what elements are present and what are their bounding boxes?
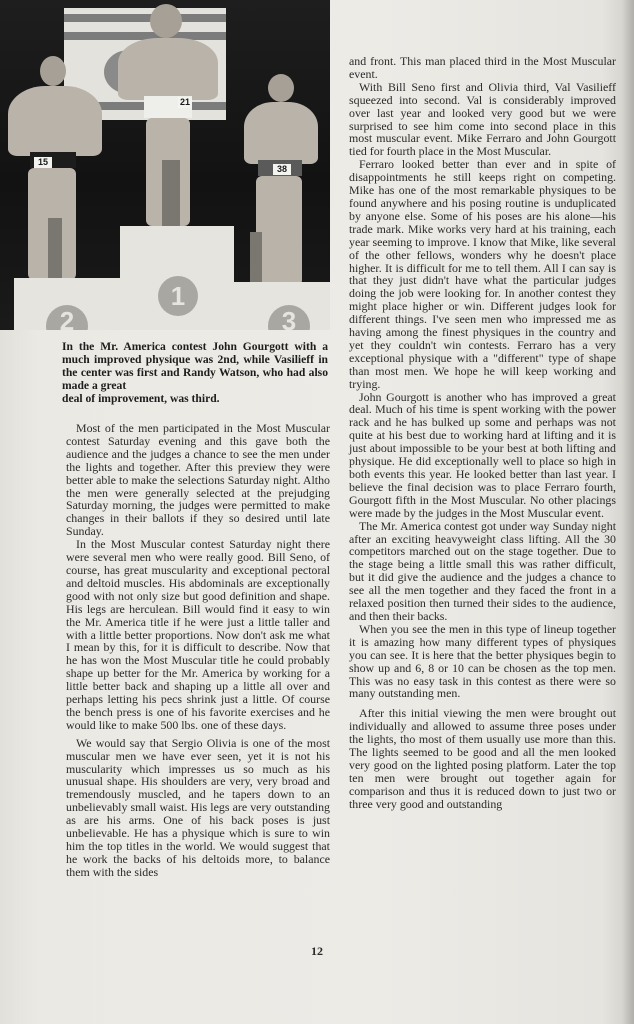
contestant-number-2nd: 15 [34,157,52,168]
contestant-3rd-legs [256,176,302,286]
podium-number-1: 1 [158,276,198,316]
magazine-page: 15 21 38 1 2 3 In the Mr. America contes… [0,0,634,1024]
caption-last-line: deal of improvement, was third. [62,392,328,405]
trophy-3rd [250,232,262,286]
article-column-left: Most of the men participated in the Most… [66,422,330,879]
paragraph: Ferraro looked better than ever and in s… [349,158,616,390]
trophy-1st [162,160,180,228]
paragraph: After this initial viewing the men were … [349,707,616,810]
page-number: 12 [0,944,634,959]
contestant-number-3rd: 38 [273,164,291,175]
contestant-1st-torso [118,38,218,100]
article-column-right: and front. This man placed third in the … [349,55,616,811]
paragraph: Most of the men participated in the Most… [66,422,330,538]
photo-caption: In the Mr. America contest John Gourgott… [62,340,328,405]
paragraph: John Gourgott is another who has improve… [349,391,616,520]
contest-photo: 15 21 38 1 2 3 [0,0,330,330]
page-edge-shadow [622,0,634,1024]
contestant-number-1st: 21 [178,97,192,108]
paragraph: When you see the men in this type of lin… [349,623,616,700]
trophy-2nd [48,218,62,284]
contestant-3rd-torso [244,102,318,164]
paragraph: The Mr. America contest got under way Su… [349,520,616,623]
contestant-2nd-torso [8,86,102,156]
caption-body: In the Mr. America contest John Gourgott… [62,340,328,392]
paragraph: With Bill Seno first and Olivia third, V… [349,81,616,158]
paragraph: We would say that Sergio Olivia is one o… [66,737,330,879]
paragraph: In the Most Muscular contest Saturday ni… [66,538,330,732]
contestant-3rd-head [268,74,294,102]
contestant-2nd-head [40,56,66,86]
paragraph: and front. This man placed third in the … [349,55,616,81]
contestant-1st-head [150,4,182,38]
